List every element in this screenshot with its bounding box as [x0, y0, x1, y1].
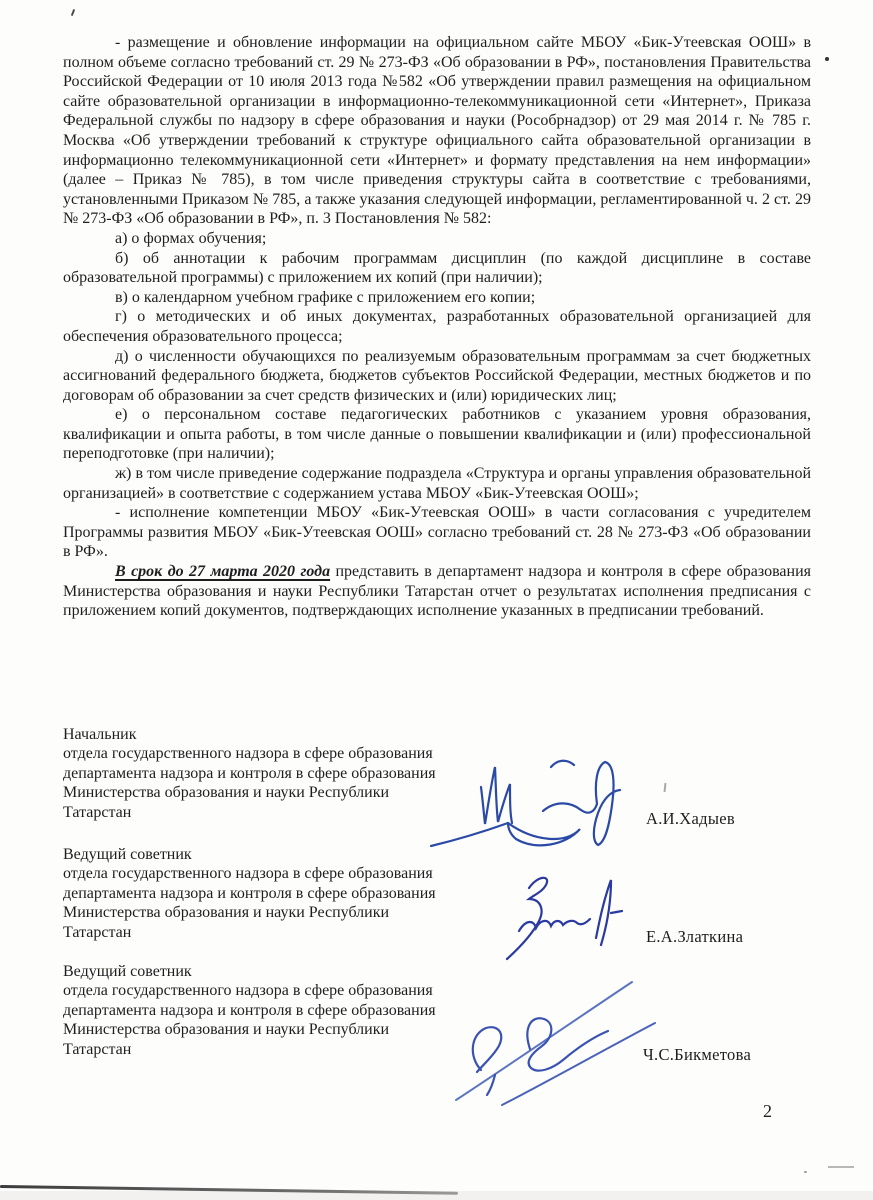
list-item-b: б) об аннотации к рабочим программам дис…: [63, 249, 811, 288]
signatory-block-3: Ведущий советник отдела государственного…: [63, 962, 437, 1059]
signatory-block-2: Ведущий советник отдела государственного…: [63, 845, 437, 942]
signatory-name-bikmetova: Ч.С.Бикметова: [643, 1045, 751, 1065]
signatory-department: отдела государственного надзора в сфере …: [63, 864, 437, 942]
document-body: - размещение и обновление информации на …: [63, 33, 811, 621]
signatory-department: отдела государственного надзора в сфере …: [63, 981, 437, 1059]
signatory-title: Ведущий советник: [63, 962, 437, 981]
list-item-v: в) о календарном учебном графике с прило…: [63, 288, 811, 308]
scan-speck: [664, 783, 666, 792]
signatory-department: отдела государственного надзора в сфере …: [63, 744, 437, 822]
handwritten-signature-khadyev: [428, 753, 653, 858]
paragraph-deadline: В срок до 27 марта 2020 года представить…: [63, 562, 811, 621]
paragraph-competence: - исполнение компетенции МБОУ «Бик-Утеев…: [63, 503, 811, 562]
scan-speck: [804, 1171, 807, 1173]
paragraph-site-requirements: - размещение и обновление информации на …: [63, 33, 811, 229]
signatory-name-khadyev: А.И.Хадыев: [646, 809, 735, 829]
page-number: 2: [763, 1101, 772, 1122]
list-item-zh: ж) в том числе приведение содержание под…: [63, 464, 811, 503]
list-item-e: е) о персональном составе педагогических…: [63, 405, 811, 464]
scan-speck: [825, 57, 829, 61]
handwritten-signature-bikmetova: [450, 976, 668, 1110]
signatory-block-1: Начальник отдела государственного надзор…: [63, 725, 437, 822]
deadline-date-emphasis: В срок до 27 марта 2020 года: [115, 563, 330, 580]
signatory-title: Ведущий советник: [63, 845, 437, 864]
signatory-name-zlatkina: Е.А.Златкина: [646, 927, 743, 947]
list-item-g: г) о методических и об иных документах, …: [63, 307, 811, 346]
list-item-a: а) о формах обучения;: [63, 229, 811, 249]
scan-speck: [71, 9, 75, 16]
scanned-document-page: - размещение и обновление информации на …: [0, 0, 873, 1200]
list-item-d: д) о численности обучающихся по реализуе…: [63, 347, 811, 406]
scan-speck: [828, 1166, 854, 1168]
signatory-title: Начальник: [63, 725, 437, 744]
handwritten-signature-zlatkina: [498, 866, 630, 968]
